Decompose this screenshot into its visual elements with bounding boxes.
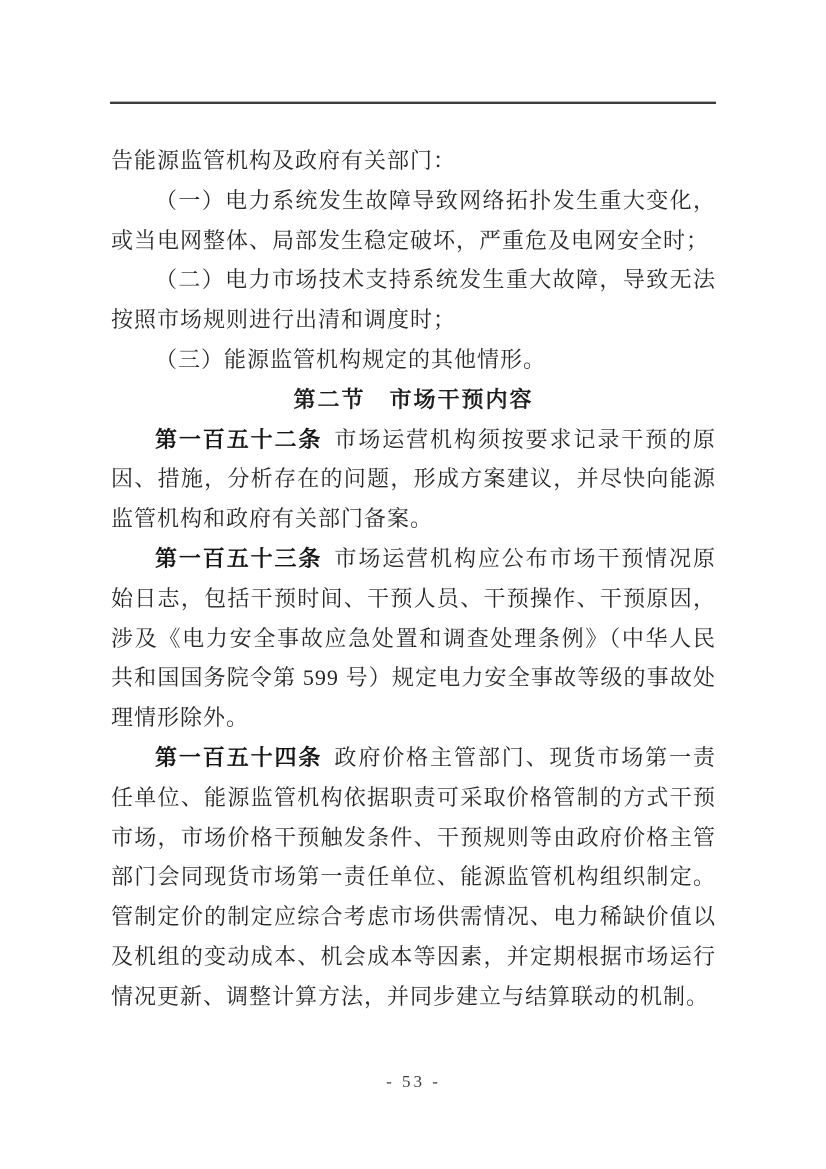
section-heading: 第二节 市场干预内容 bbox=[111, 380, 716, 420]
article-154-number: 第一百五十四条 bbox=[155, 745, 322, 770]
page-number: - 53 - bbox=[111, 1072, 716, 1092]
article-paragraph-152: 第一百五十二条市场运营机构须按要求记录干预的原因、措施，分析存在的问题，形成方案… bbox=[111, 420, 716, 539]
clause-item-1: （一）电力系统发生故障导致网络拓扑发生重大变化，或当电网整体、局部发生稳定破坏，… bbox=[111, 181, 716, 261]
article-154-text: 政府价格主管部门、现货市场第一责任单位、能源监管机构依据职责可采取价格管制的方式… bbox=[111, 745, 716, 1009]
paragraph-continuation: 告能源监管机构及政府有关部门： bbox=[111, 141, 716, 181]
article-153-number: 第一百五十三条 bbox=[155, 546, 322, 571]
clause-item-2: （二）电力市场技术支持系统发生重大故障，导致无法按照市场规则进行出清和调度时； bbox=[111, 260, 716, 340]
clause-item-3: （三）能源监管机构规定的其他情形。 bbox=[111, 340, 716, 380]
article-paragraph-153: 第一百五十三条市场运营机构应公布市场干预情况原始日志，包括干预时间、干预人员、干… bbox=[111, 539, 716, 738]
article-153-text: 市场运营机构应公布市场干预情况原始日志，包括干预时间、干预人员、干预操作、干预原… bbox=[111, 546, 716, 730]
header-divider bbox=[110, 101, 716, 104]
article-152-number: 第一百五十二条 bbox=[155, 427, 322, 452]
document-body: 告能源监管机构及政府有关部门： （一）电力系统发生故障导致网络拓扑发生重大变化，… bbox=[111, 141, 716, 1017]
article-paragraph-154: 第一百五十四条政府价格主管部门、现货市场第一责任单位、能源监管机构依据职责可采取… bbox=[111, 738, 716, 1017]
document-page: 告能源监管机构及政府有关部门： （一）电力系统发生故障导致网络拓扑发生重大变化，… bbox=[0, 0, 826, 1169]
